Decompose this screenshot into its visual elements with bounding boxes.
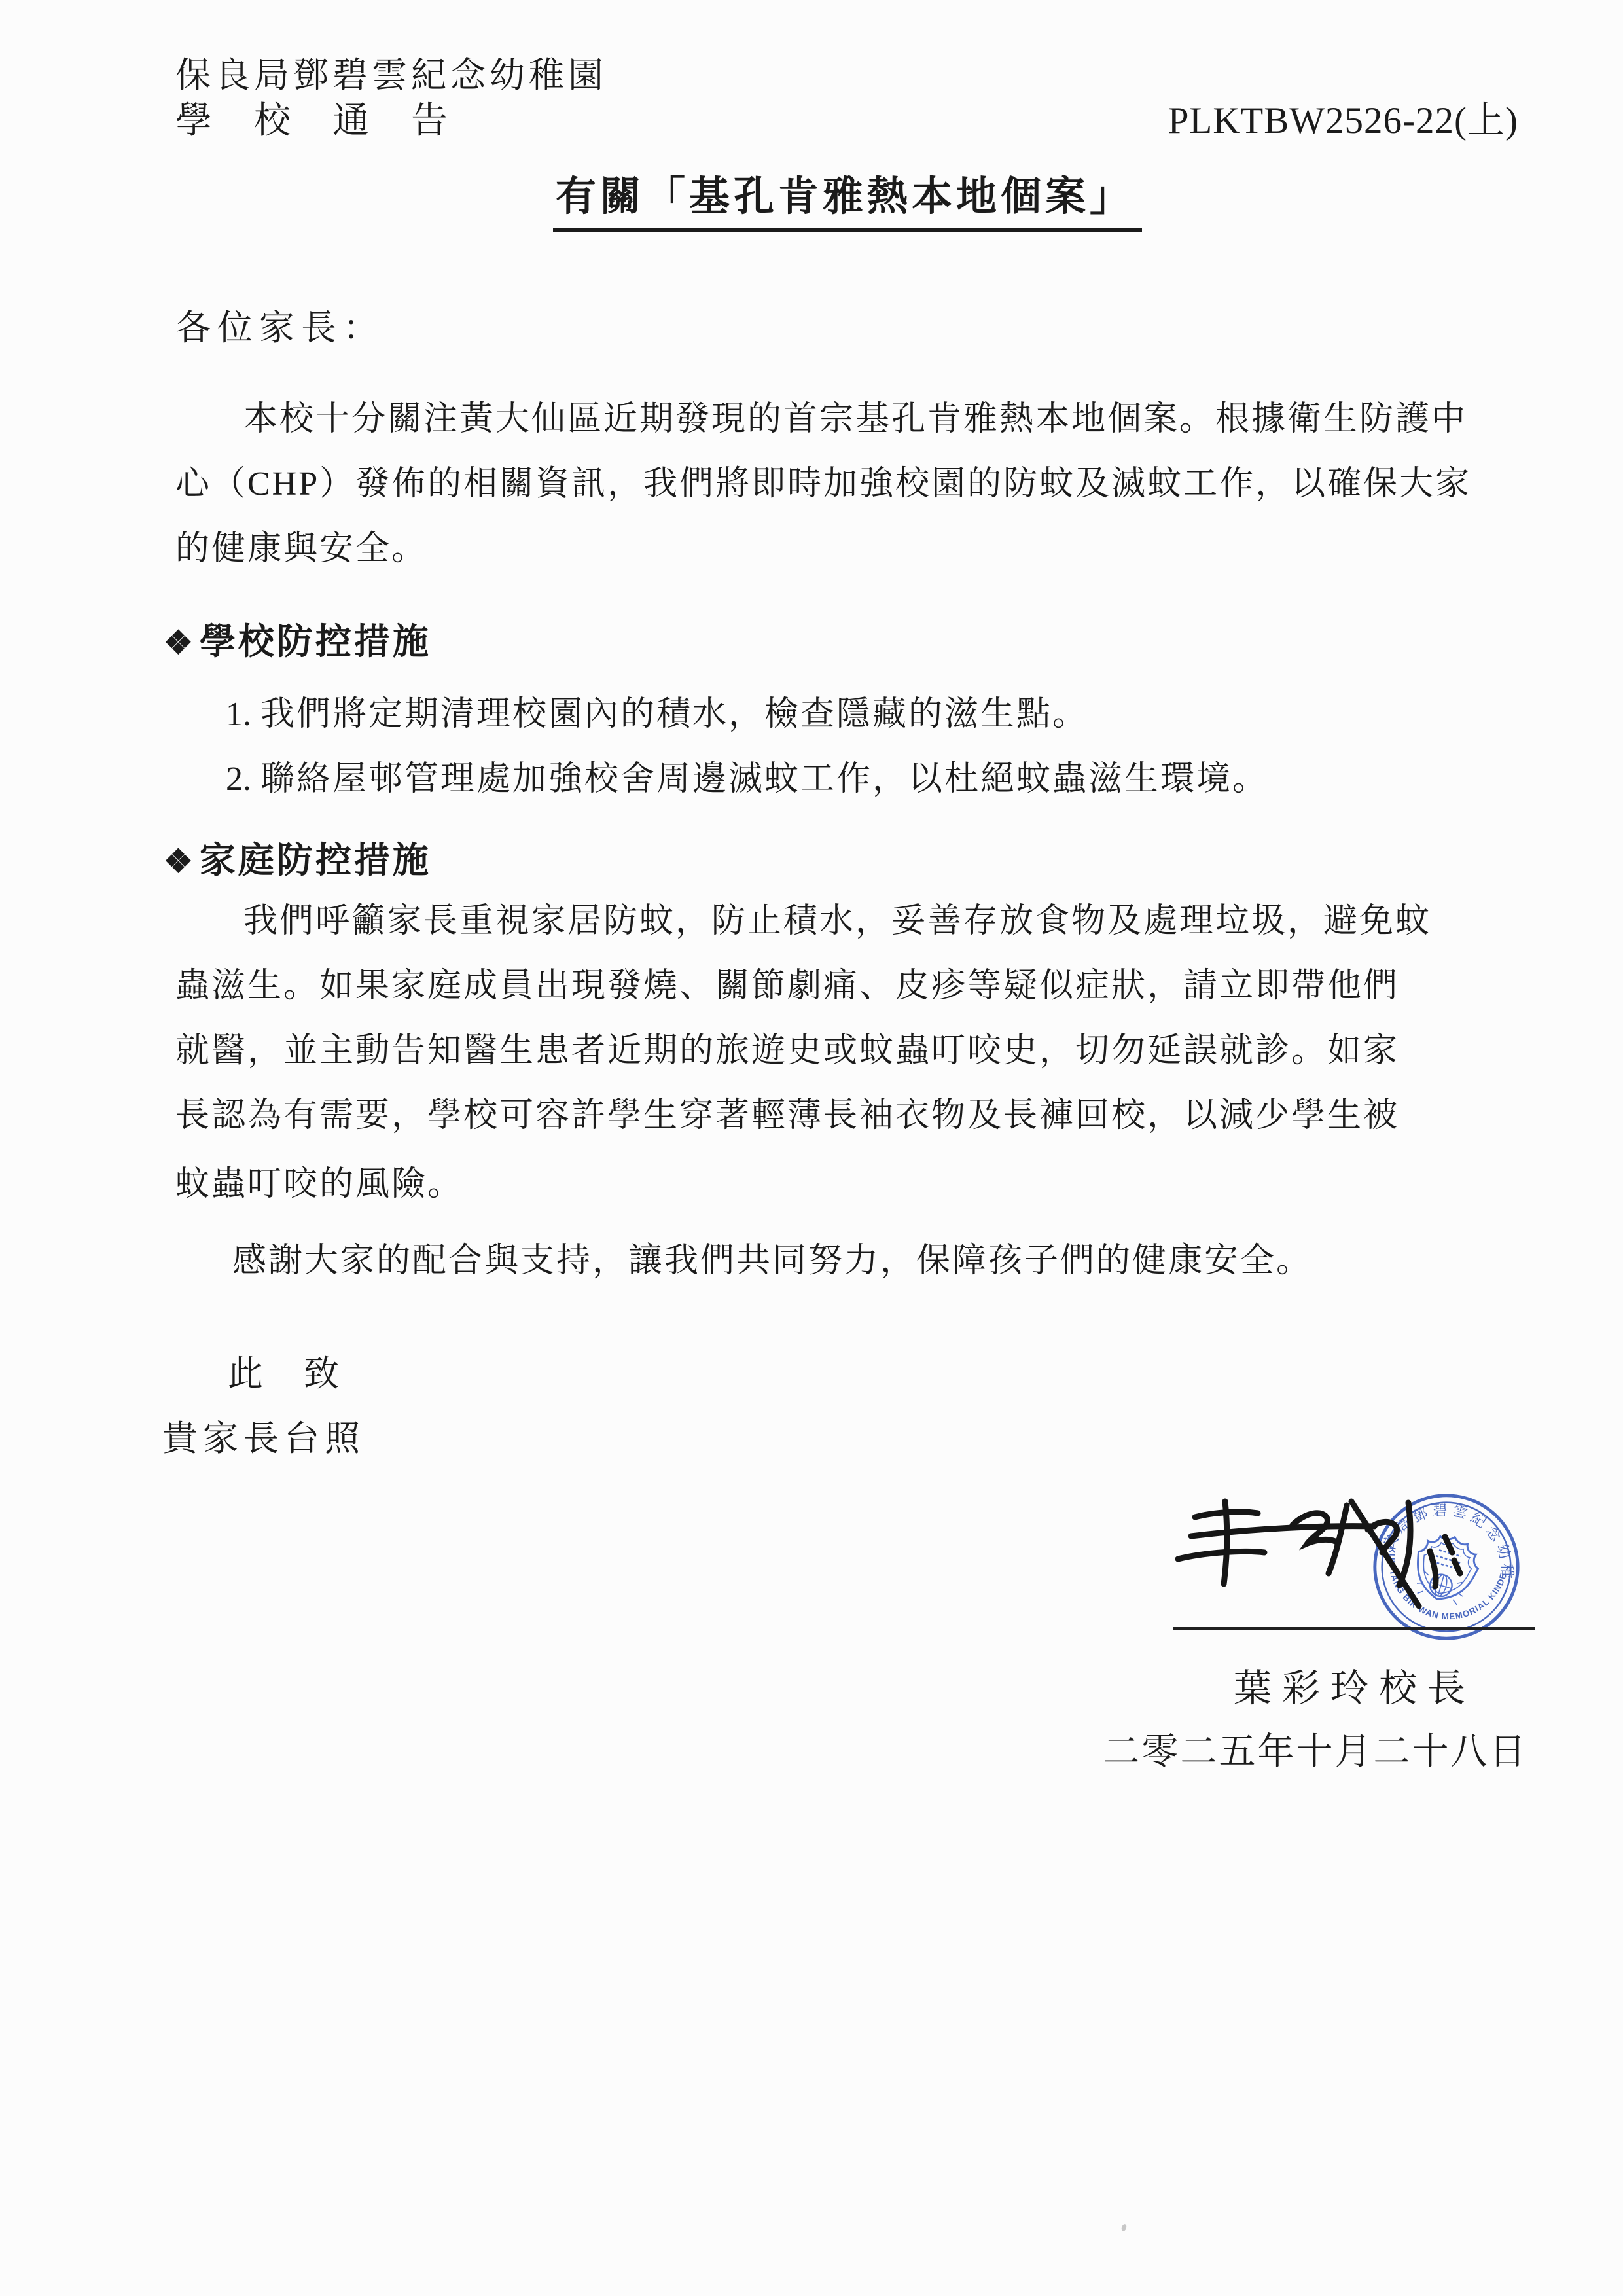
thanks-line: 感謝大家的配合與支持，讓我們共同努力，保障孩子們的健康安全。 <box>232 1244 1312 1278</box>
diamond-bullet-icon: ❖ <box>164 624 196 661</box>
list-item: 1.我們將定期清理校園內的積水，檢查隱藏的滋生點。 <box>226 686 1088 735</box>
principal-signature <box>1152 1474 1531 1644</box>
family-paragraph-line: 蚊蟲叮咬的風險。 <box>175 1168 463 1202</box>
family-paragraph-line: 長認為有需要，學校可容許學生穿著輕薄長袖衣物及長褲回校，以減少學生被 <box>175 1099 1399 1133</box>
intro-line: 的健康與安全。 <box>175 532 427 566</box>
list-item: 2.聯絡屋邨管理處加強校舍周邊滅蚊工作，以杜絕蚊蟲滋生環境。 <box>226 751 1268 800</box>
notice-title: 有關「基孔肯雅熱本地個案」 <box>553 164 1142 232</box>
item-number: 1. <box>226 696 251 733</box>
salutation: 各位家長： <box>175 300 385 350</box>
principal-name: 葉彩玲校長 <box>1198 1657 1512 1712</box>
scan-speck <box>1120 2223 1127 2232</box>
intro-line: 本校十分關注黃大仙區近期發現的首宗基孔肯雅熱本地個案。根據衛生防護中 <box>243 403 1467 437</box>
closing-recipient: 貴家長台照 <box>162 1410 365 1461</box>
notice-page: 保良局鄧碧雲紀念幼稚園 學校通告 PLKTBW2526-22(上) 有關「基孔肯… <box>0 0 1623 2296</box>
family-paragraph-line: 蟲滋生。如果家庭成員出現發燒、關節劇痛、皮疹等疑似症狀，請立即帶他們 <box>175 969 1399 1003</box>
section-heading-text: 家庭防控措施 <box>200 840 431 880</box>
section-heading-school-measures: ❖學校防控措施 <box>164 613 431 664</box>
item-text: 聯絡屋邨管理處加強校舍周邊滅蚊工作，以杜絕蚊蟲滋生環境。 <box>260 761 1268 798</box>
section-heading-text: 學校防控措施 <box>200 622 431 662</box>
school-name: 保良局鄧碧雲紀念幼稚園 <box>175 47 607 98</box>
reference-code: PLKTBW2526-22(上) <box>1113 90 1518 144</box>
doc-type-label: 學校通告 <box>175 92 490 144</box>
closing-lead: 此 致 <box>228 1346 342 1396</box>
family-paragraph-line: 我們呼籲家長重視家居防蚊，防止積水，妥善存放食物及處理垃圾，避免蚊 <box>243 905 1431 939</box>
family-paragraph-line: 就醫，並主動告知醫生患者近期的旅遊史或蚊蟲叮咬史，切勿延誤就診。如家 <box>175 1034 1399 1068</box>
section-heading-family-measures: ❖家庭防控措施 <box>164 831 431 883</box>
diamond-bullet-icon: ❖ <box>164 843 196 880</box>
item-text: 我們將定期清理校園內的積水，檢查隱藏的滋生點。 <box>260 696 1088 733</box>
notice-date: 二零二五年十月二十八日 <box>1060 1723 1571 1775</box>
intro-line: 心（CHP）發佈的相關資訊，我們將即時加強校園的防蚊及滅蚊工作，以確保大家 <box>175 467 1471 501</box>
item-number: 2. <box>226 761 251 798</box>
signature-line <box>1173 1627 1535 1630</box>
